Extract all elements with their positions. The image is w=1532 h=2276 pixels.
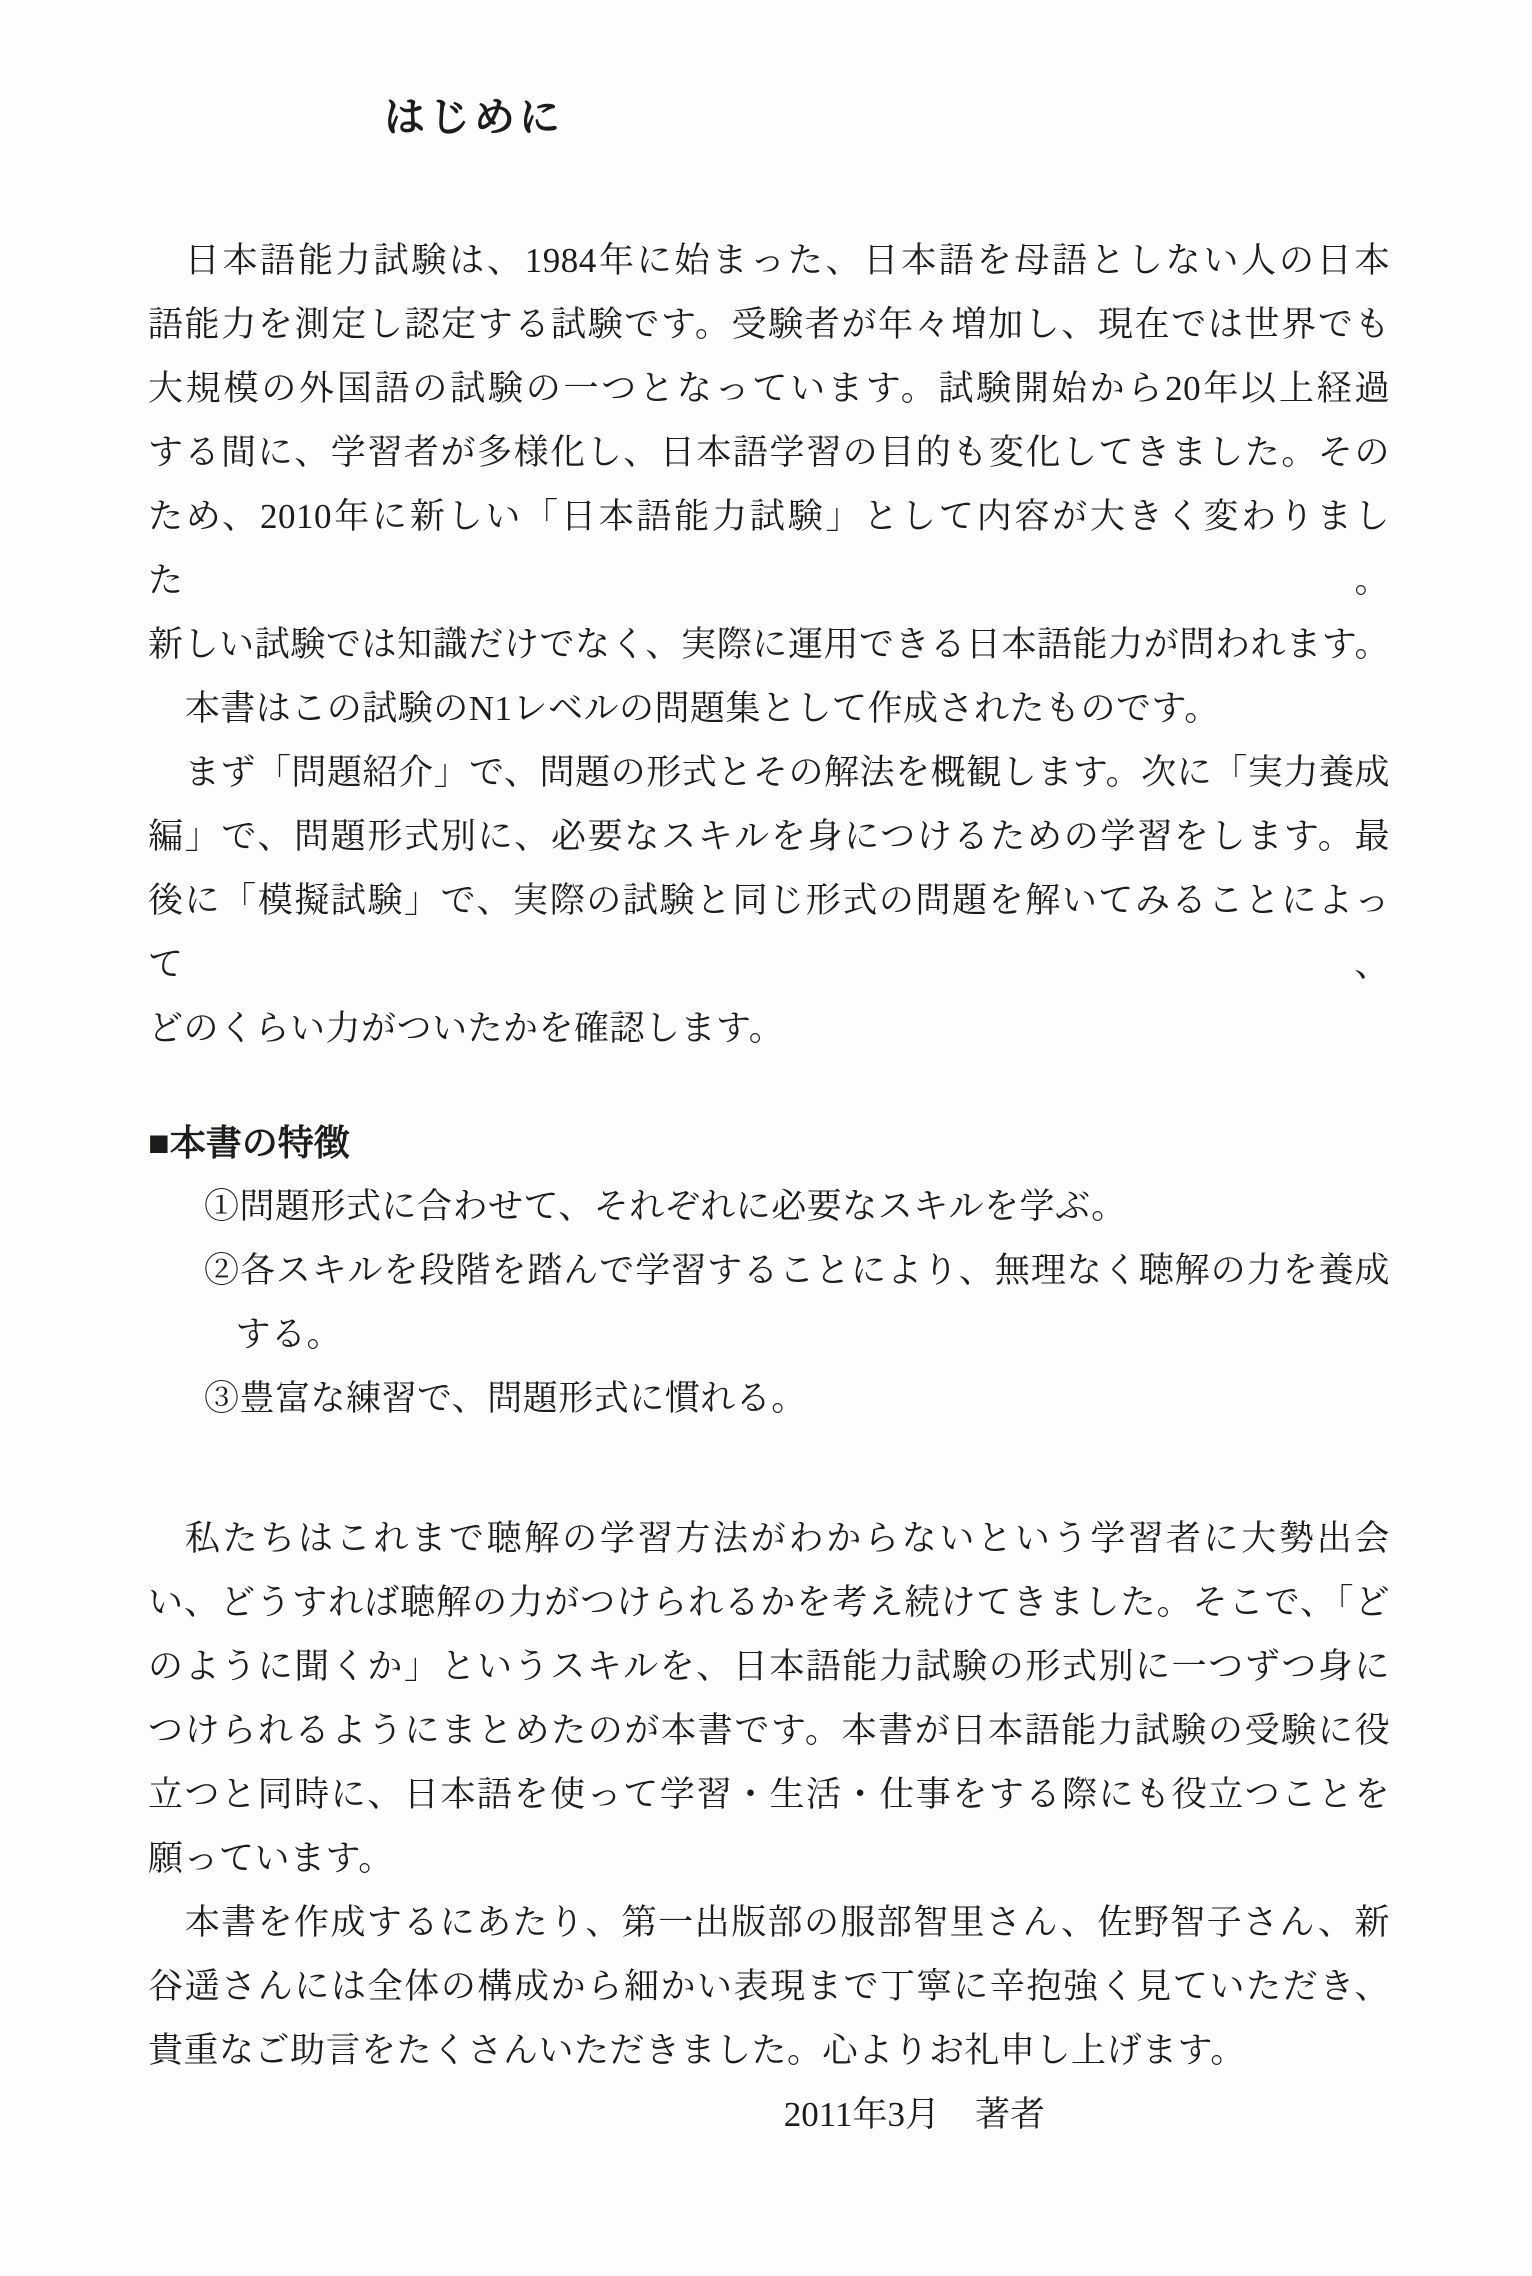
text-line: どのくらい力がついたかを確認します。 xyxy=(148,997,1390,1061)
paragraph-motivation: 私たちはこれまで聴解の学習方法がわからないという学習者に大勢出会 い、どうすれば… xyxy=(148,1507,1390,1891)
feature-item-3: ③豊富な練習で、問題形式に慣れる。 xyxy=(148,1367,1390,1431)
text-line: 私たちはこれまで聴解の学習方法がわからないという学習者に大勢出会 xyxy=(148,1507,1390,1571)
text-line: ②各スキルを段階を踏んで学習することにより、無理なく聴解の力を養成 xyxy=(148,1239,1390,1303)
text-line: する。 xyxy=(148,1303,1390,1367)
book-page: はじめに 日本語能力試験は、1984年に始まった、日本語を母語としない人の日本 … xyxy=(0,0,1532,2276)
text-line: ①問題形式に合わせて、それぞれに必要なスキルを学ぶ。 xyxy=(148,1175,1390,1239)
section-spacer xyxy=(148,1431,1390,1507)
text-line: 願っています。 xyxy=(148,1827,1390,1891)
text-line: 本書はこの試験のN1レベルの問題集として作成されたものです。 xyxy=(148,677,1390,741)
paragraph-intro: 日本語能力試験は、1984年に始まった、日本語を母語としない人の日本 語能力を測… xyxy=(148,229,1390,677)
text-line: 新しい試験では知識だけでなく、実際に運用できる日本語能力が問われます。 xyxy=(148,613,1390,677)
text-line: ため、2010年に新しい「日本語能力試験」として内容が大きく変わりました。 xyxy=(148,485,1390,613)
page-title: はじめに xyxy=(384,84,564,143)
text-line: 本書を作成するにあたり、第一出版部の服部智里さん、佐野智子さん、新 xyxy=(148,1891,1390,1955)
feature-item-1: ①問題形式に合わせて、それぞれに必要なスキルを学ぶ。 xyxy=(148,1175,1390,1239)
text-line: 編」で、問題形式別に、必要なスキルを身につけるための学習をします。最 xyxy=(148,805,1390,869)
paragraph-acknowledgement: 本書を作成するにあたり、第一出版部の服部智里さん、佐野智子さん、新 谷遥さんには… xyxy=(148,1891,1390,2083)
text-line: する間に、学習者が多様化し、日本語学習の目的も変化してきました。その xyxy=(148,421,1390,485)
signoff-line: 2011年3月 著者 xyxy=(148,2083,1390,2147)
text-line: のように聞くか」というスキルを、日本語能力試験の形式別に一つずつ身に xyxy=(148,1635,1390,1699)
text-line: 日本語能力試験は、1984年に始まった、日本語を母語としない人の日本 xyxy=(148,229,1390,293)
text-line: 立つと同時に、日本語を使って学習・生活・仕事をする際にも役立つことを xyxy=(148,1763,1390,1827)
text-line: い、どうすれば聴解の力がつけられるかを考え続けてきました。そこで、「ど xyxy=(148,1571,1390,1635)
text-line: 後に「模擬試験」で、実際の試験と同じ形式の問題を解いてみることによって、 xyxy=(148,869,1390,997)
paragraph-book-purpose: 本書はこの試験のN1レベルの問題集として作成されたものです。 xyxy=(148,677,1390,741)
features-section: ■本書の特徴 ①問題形式に合わせて、それぞれに必要なスキルを学ぶ。 ②各スキルを… xyxy=(148,1111,1390,1431)
text-line: まず「問題紹介」で、問題の形式とその解法を概観します。次に「実力養成 xyxy=(148,741,1390,805)
text-line: 語能力を測定し認定する試験です。受験者が年々増加し、現在では世界でも xyxy=(148,293,1390,357)
text-line: 大規模の外国語の試験の一つとなっています。試験開始から20年以上経過 xyxy=(148,357,1390,421)
features-heading: ■本書の特徴 xyxy=(148,1111,1390,1175)
text-line: ③豊富な練習で、問題形式に慣れる。 xyxy=(148,1367,1390,1431)
text-line: 貴重なご助言をたくさんいただきました。心よりお礼申し上げます。 xyxy=(148,2019,1390,2083)
paragraph-structure: まず「問題紹介」で、問題の形式とその解法を概観します。次に「実力養成 編」で、問… xyxy=(148,741,1390,1061)
text-line: 谷遥さんには全体の構成から細かい表現まで丁寧に辛抱強く見ていただき、 xyxy=(148,1955,1390,2019)
feature-item-2: ②各スキルを段階を踏んで学習することにより、無理なく聴解の力を養成 する。 xyxy=(148,1239,1390,1367)
text-line: つけられるようにまとめたのが本書です。本書が日本語能力試験の受験に役 xyxy=(148,1699,1390,1763)
